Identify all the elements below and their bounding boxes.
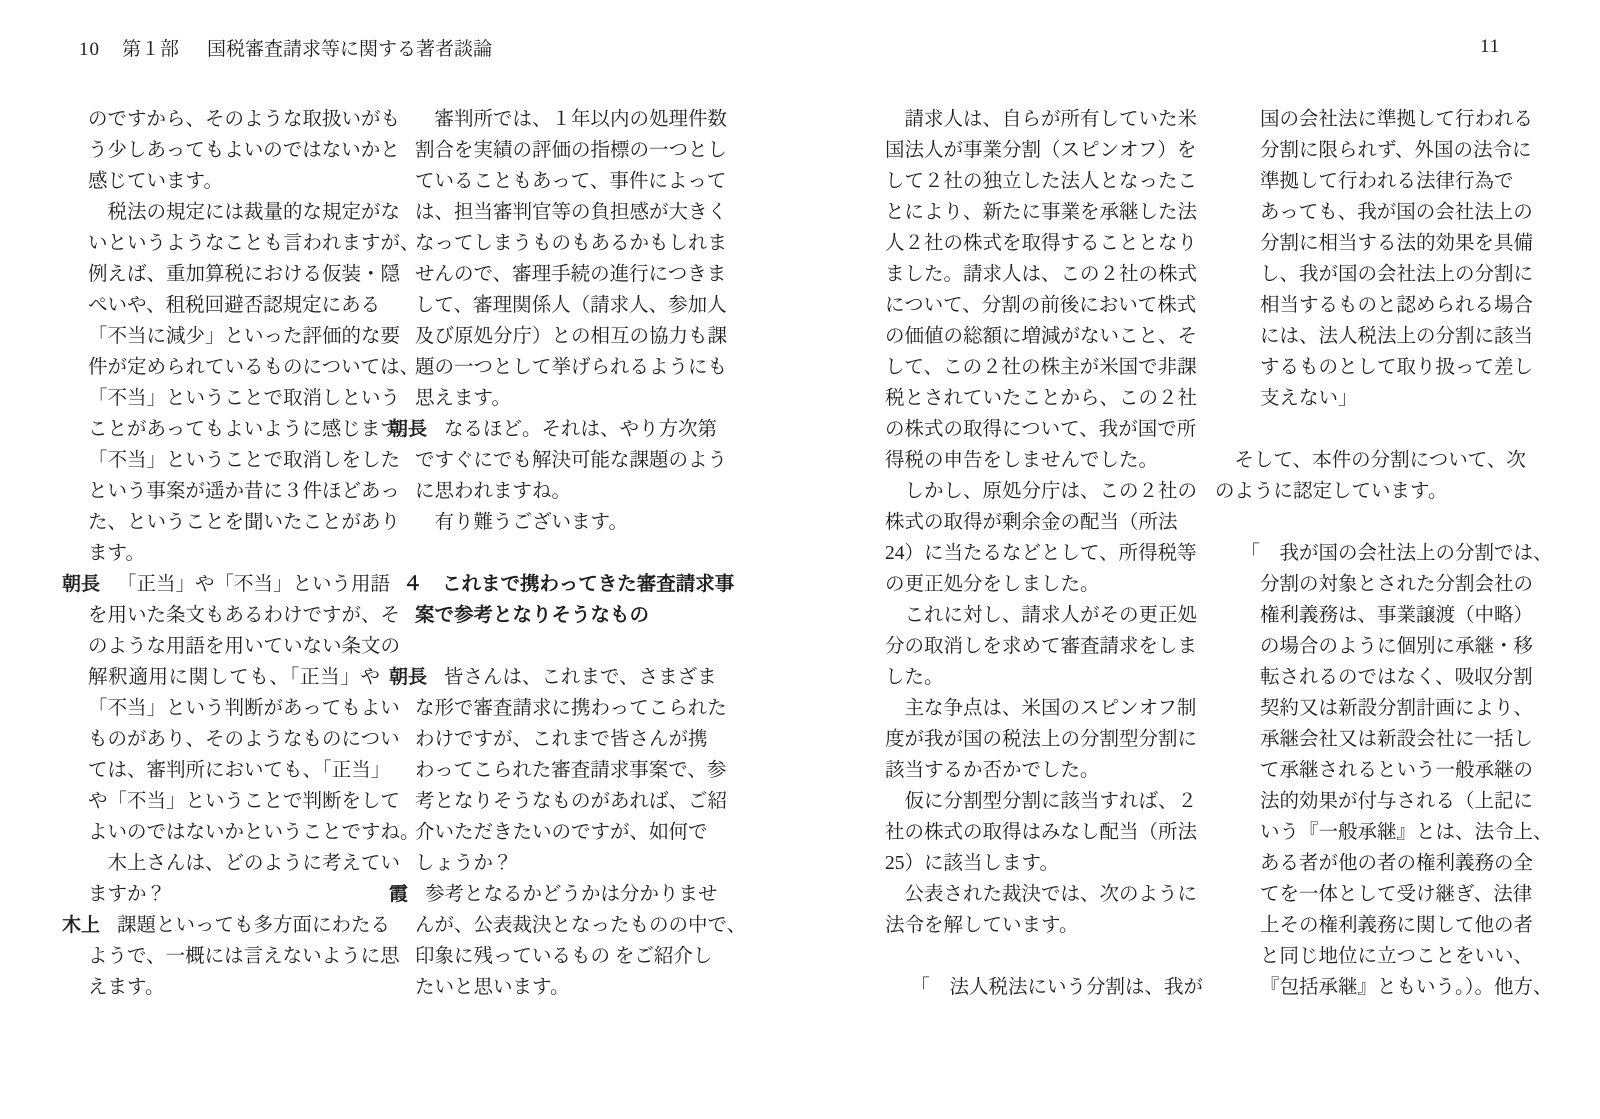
speaker-name: 朝長 <box>62 574 117 595</box>
text-line: 相当するものと認められる場合 <box>1260 290 1507 321</box>
text-line: これに対し、請求人がその更正処 <box>885 600 1177 631</box>
text-line: 支えない」 <box>1260 383 1507 414</box>
text-line: 公表された裁決では、次のように <box>885 879 1177 910</box>
text-line: 審判所では、１年以内の処理件数 <box>415 104 707 135</box>
chapter-title: 国税審査請求等に関する著者談論 <box>207 39 492 60</box>
text-line: ようで、一概には言えないように思 <box>88 941 380 972</box>
text-line: 霞参考となるかどうかは分かりませ <box>389 879 707 910</box>
text-line: 度が我が国の税法上の分割型分割に <box>885 724 1177 755</box>
text-line: という事案が遥か昔に３件ほどあっ <box>88 476 380 507</box>
text-line: なってしまうものもあるかもしれま <box>415 228 707 259</box>
text-line: 有り難うございます。 <box>415 507 707 538</box>
text-line: 法令を解しています。 <box>885 910 1177 941</box>
text-line: 分割の対象とされた分割会社の <box>1260 569 1507 600</box>
text-line: 請求人は、自らが所有していた米 <box>885 104 1177 135</box>
text-line: ことがあってもよいように感じます。 <box>88 414 380 445</box>
text-line: 木上課題といっても多方面にわたる <box>62 910 380 941</box>
text-line: 転されるのではなく、吸収分割 <box>1260 662 1507 693</box>
text-line: して２社の独立した法人となったこ <box>885 166 1177 197</box>
text-line: 得税の申告をしませんでした。 <box>885 445 1177 476</box>
text-line: ていることもあって、事件によって <box>415 166 707 197</box>
text-line: 分の取消しを求めて審査請求をしま <box>885 631 1177 662</box>
text-line: ある者が他の者の権利義務の全 <box>1260 848 1507 879</box>
text-line: 税とされていたことから、この２社 <box>885 383 1177 414</box>
text-line: 国の会社法に準拠して行われる <box>1260 104 1507 135</box>
text-line: えます。 <box>88 972 380 1003</box>
text-line: 考となりそうなものがあれば、ご紹 <box>415 786 707 817</box>
text-line: よいのではないかということですね。 <box>88 817 380 848</box>
text-line: ては、審判所においても、「正当」 <box>88 755 380 786</box>
page-number-left: 10 <box>79 39 100 60</box>
text-line: 朝長「正当」や「不当」という用語 <box>62 569 380 600</box>
text-line: ぺいや、租税回避否認規定にある <box>88 290 380 321</box>
blank-line <box>415 631 707 662</box>
page-number-right: 11 <box>1480 36 1500 58</box>
text-line: 国法人が事業分割（スピンオフ）を <box>885 135 1177 166</box>
text-line: は、担当審判官等の負担感が大きく <box>415 197 707 228</box>
text-line: 件が定められているものについては、 <box>88 352 380 383</box>
text-line: 「 我が国の会社法上の分割では、 <box>1260 538 1507 569</box>
text-line: あっても、我が国の会社法上の <box>1260 197 1507 228</box>
text-line: のように認定しています。 <box>1215 476 1507 507</box>
running-head-left: 10第１部国税審査請求等に関する著者談論 <box>79 34 492 61</box>
text-line: の価値の総額に増減がないこと、そ <box>885 321 1177 352</box>
left-page-column-1: のですから、そのような取扱いがもう少しあってもよいのではないかと感じています。税… <box>88 104 380 1003</box>
text-line: ます。 <box>88 538 380 569</box>
part-label: 第１部 <box>122 39 179 60</box>
right-page-column-1: 請求人は、自らが所有していた米国法人が事業分割（スピンオフ）をして２社の独立した… <box>885 104 1177 1003</box>
text-line: 介いただきたいのですが、如何で <box>415 817 707 848</box>
text-line: 及び原処分庁）との相互の協力も課 <box>415 321 707 352</box>
text-line: 権利義務は、事業譲渡（中略） <box>1260 600 1507 631</box>
text-line: 感じています。 <box>88 166 380 197</box>
left-page-column-2: 審判所では、１年以内の処理件数割合を実績の評価の指標の一つとしていることもあって… <box>415 104 707 1003</box>
text-line: しかし、原処分庁は、この２社の <box>885 476 1177 507</box>
text-line: 案で参考となりそうなもの <box>415 600 707 631</box>
blank-line <box>885 941 1177 972</box>
text-line: ４ これまで携わってきた審査請求事 <box>403 569 707 600</box>
speaker-name: 朝長 <box>389 419 444 440</box>
text-line: 題の一つとして挙げられるようにも <box>415 352 707 383</box>
text-line: てを一体として受け継ぎ、法律 <box>1260 879 1507 910</box>
text-line: のような用語を用いていない条文の <box>88 631 380 662</box>
text-line: た、ということを聞いたことがあり <box>88 507 380 538</box>
text-line: 主な争点は、米国のスピンオフ制 <box>885 693 1177 724</box>
text-line: 分割に相当する法的効果を具備 <box>1260 228 1507 259</box>
text-line: んが、公表裁決となったものの中で、 <box>415 910 707 941</box>
text-line: ました。請求人は、この２社の株式 <box>885 259 1177 290</box>
text-line: う少しあってもよいのではないかと <box>88 135 380 166</box>
text-line: 「不当に減少」といった評価的な要 <box>88 321 380 352</box>
text-line: 上その権利義務に関して他の者 <box>1260 910 1507 941</box>
text-line: 「不当」という判断があってもよい <box>88 693 380 724</box>
text-line: 解釈適用に関しても、「正当」や <box>88 662 380 693</box>
text-line: 株式の取得が剰余金の配当（所法 <box>885 507 1177 538</box>
text-line: 税法の規定には裁量的な規定がな <box>88 197 380 228</box>
text-line: 印象に残っているもの をご紹介し <box>415 941 707 972</box>
speaker-name: 霞 <box>389 884 425 905</box>
text-line: 法的効果が付与される（上記に <box>1260 786 1507 817</box>
text-line: 朝長なるほど。それは、やり方次第 <box>389 414 707 445</box>
blank-line <box>1215 414 1507 445</box>
text-line: 社の株式の取得はみなし配当（所法 <box>885 817 1177 848</box>
text-line: たいと思います。 <box>415 972 707 1003</box>
text-line: して、審理関係人（請求人、参加人 <box>415 290 707 321</box>
text-line: 人２社の株式を取得することとなり <box>885 228 1177 259</box>
text-line: 朝長皆さんは、これまで、さまざま <box>389 662 707 693</box>
text-line: そして、本件の分割について、次 <box>1215 445 1507 476</box>
text-line: を用いた条文もあるわけですが、そ <box>88 600 380 631</box>
text-line: の株式の取得について、我が国で所 <box>885 414 1177 445</box>
text-line: や「不当」ということで判断をして <box>88 786 380 817</box>
text-line: 思えます。 <box>415 383 707 414</box>
text-line: に思われますね。 <box>415 476 707 507</box>
blank-line <box>1215 507 1507 538</box>
text-line: 契約又は新設分割計画により、 <box>1260 693 1507 724</box>
text-line: ますか？ <box>88 879 380 910</box>
text-line: 木上さんは、どのように考えてい <box>88 848 380 879</box>
text-line: て承継されるという一般承継の <box>1260 755 1507 786</box>
text-line: の場合のように個別に承継・移 <box>1260 631 1507 662</box>
text-line: いというようなことも言われますが、 <box>88 228 380 259</box>
speaker-name: 朝長 <box>389 667 444 688</box>
text-line: 該当するか否かでした。 <box>885 755 1177 786</box>
text-line: 分割に限られず、外国の法令に <box>1260 135 1507 166</box>
text-line: 『包括承継』ともいう。）。他方、 <box>1260 972 1507 1003</box>
text-line: いう『一般承継』とは、法令上、 <box>1260 817 1507 848</box>
text-line: して、この２社の株主が米国で非課 <box>885 352 1177 383</box>
text-line: について、分割の前後において株式 <box>885 290 1177 321</box>
text-line: 24）に当たるなどとして、所得税等 <box>885 538 1177 569</box>
text-line: しょうか？ <box>415 848 707 879</box>
right-page-column-2: 国の会社法に準拠して行われる分割に限られず、外国の法令に準拠して行われる法律行為… <box>1215 104 1507 1003</box>
text-line: 「不当」ということで取消しという <box>88 383 380 414</box>
text-line: せんので、審理手続の進行につきま <box>415 259 707 290</box>
text-line: し、我が国の会社法上の分割に <box>1260 259 1507 290</box>
text-line: と同じ地位に立つことをいい、 <box>1260 941 1507 972</box>
text-line: 「 法人税法にいう分割は、我が <box>930 972 1177 1003</box>
text-line: 25）に該当します。 <box>885 848 1177 879</box>
text-line: とにより、新たに事業を承継した法 <box>885 197 1177 228</box>
text-line: わってこられた審査請求事案で、参 <box>415 755 707 786</box>
blank-line <box>415 538 707 569</box>
text-line: には、法人税法上の分割に該当 <box>1260 321 1507 352</box>
text-line: ですぐにでも解決可能な課題のよう <box>415 445 707 476</box>
text-line: 「不当」ということで取消しをした <box>88 445 380 476</box>
text-line: 承継会社又は新設会社に一括し <box>1260 724 1507 755</box>
text-line: した。 <box>885 662 1177 693</box>
text-line: な形で審査請求に携わってこられた <box>415 693 707 724</box>
text-line: わけですが、これまで皆さんが携 <box>415 724 707 755</box>
text-line: の更正処分をしました。 <box>885 569 1177 600</box>
text-line: 例えば、重加算税における仮装・隠 <box>88 259 380 290</box>
text-line: 割合を実績の評価の指標の一つとし <box>415 135 707 166</box>
speaker-name: 木上 <box>62 915 117 936</box>
book-spread: 10第１部国税審査請求等に関する著者談論 11 のですから、そのような取扱いがも… <box>0 0 1600 1119</box>
text-line: 仮に分割型分割に該当すれば、２ <box>885 786 1177 817</box>
text-line: 準拠して行われる法律行為で <box>1260 166 1507 197</box>
text-line: ものがあり、そのようなものについ <box>88 724 380 755</box>
text-line: するものとして取り扱って差し <box>1260 352 1507 383</box>
text-line: のですから、そのような取扱いがも <box>88 104 380 135</box>
